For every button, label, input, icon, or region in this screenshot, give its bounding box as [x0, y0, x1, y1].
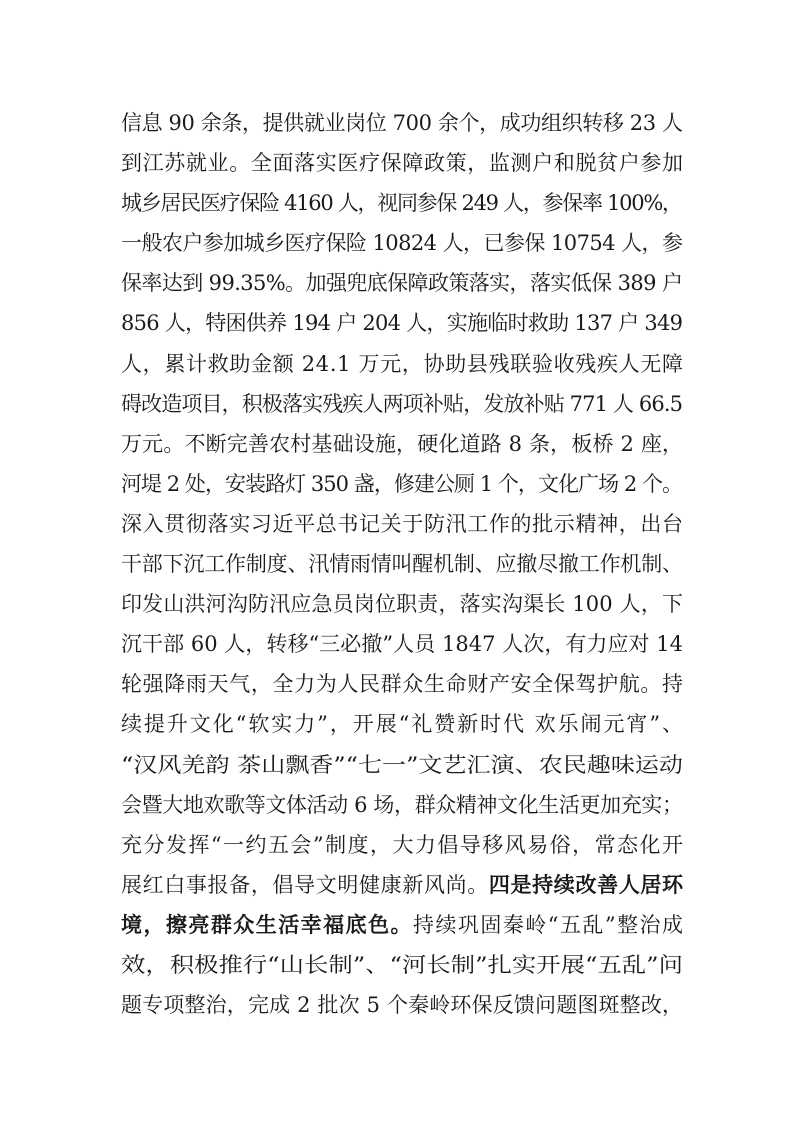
text-segment: 信息 90 余条，提供就业岗位 700 余个，成功组织转移 23 人	[121, 111, 683, 135]
text-line: 到江苏就业。全面落实医疗保障政策，监测户和脱贫户参加	[121, 143, 683, 183]
text-segment: 轮强降雨天气，全力为人民群众生命财产安全保驾护航。持	[121, 672, 684, 696]
text-line: 续提升文化“软实力”，开展“礼赞新时代 欢乐闹元宵”、	[121, 704, 683, 744]
text-line: 河堤 2 处，安装路灯 350 盏，修建公厕 1 个，文化广场 2 个。	[121, 464, 683, 504]
text-line: 展红白事报备，倡导文明健康新风尚。四是持续改善人居环	[121, 865, 683, 905]
text-segment: 印发山洪河沟防汛应急员岗位职责，落实沟渠长 100 人，下	[121, 592, 683, 616]
text-segment: 河堤 2 处，安装路灯 350 盏，修建公厕 1 个，文化广场 2 个。	[121, 472, 682, 496]
text-line: 信息 90 余条，提供就业岗位 700 余个，成功组织转移 23 人	[121, 103, 683, 143]
text-line: 人，累计救助金额 24.1 万元，协助县残联验收残疾人无障	[121, 344, 683, 384]
text-segment: 保率达到 99.35%。加强兜底保障政策落实，落实低保 389 户	[121, 271, 682, 295]
text-segment: 展红白事报备，倡导文明健康新风尚。	[121, 873, 489, 897]
text-segment: 持续巩固秦岭“五乱”整治成	[413, 913, 684, 937]
text-segment: “汉风羌韵 茶山飘香”“七一”文艺汇演、农民趣味运动	[121, 753, 683, 777]
text-line: “汉风羌韵 茶山飘香”“七一”文艺汇演、农民趣味运动	[121, 745, 683, 785]
text-segment: 城乡居民医疗保险 4160 人，视同参保 249 人，参保率 100%，	[121, 191, 682, 215]
text-segment: 效，积极推行“山长制”、“河长制”扎实开展“五乱”问	[121, 953, 683, 977]
text-segment: 深入贯彻落实习近平总书记关于防汛工作的批示精神，出台	[121, 512, 684, 536]
text-segment: 到江苏就业。全面落实医疗保障政策，监测户和脱贫户参加	[121, 151, 684, 175]
text-line: 城乡居民医疗保险 4160 人，视同参保 249 人，参保率 100%，	[121, 183, 683, 223]
text-line: 856 人，特困供养 194 户 204 人，实施临时救助 137 户 349	[121, 303, 683, 343]
text-line: 境，擦亮群众生活幸福底色。持续巩固秦岭“五乱”整治成	[121, 905, 683, 945]
text-line: 深入贯彻落实习近平总书记关于防汛工作的批示精神，出台	[121, 504, 683, 544]
text-line: 一般农户参加城乡医疗保险 10824 人，已参保 10754 人，参	[121, 223, 683, 263]
text-line: 碍改造项目，积极落实残疾人两项补贴，发放补贴 771 人 66.5	[121, 384, 683, 424]
text-line: 效，积极推行“山长制”、“河长制”扎实开展“五乱”问	[121, 945, 683, 985]
text-segment: 会暨大地欢歌等文体活动 6 场，群众精神文化生活更加充实；	[121, 793, 683, 817]
text-segment: 一般农户参加城乡医疗保险 10824 人，已参保 10754 人，参	[121, 231, 682, 255]
text-segment: 人，累计救助金额 24.1 万元，协助县残联验收残疾人无障	[121, 352, 684, 376]
text-segment: 万元。不断完善农村基础设施，硬化道路 8 条，板桥 2 座，	[121, 432, 683, 456]
text-line: 万元。不断完善农村基础设施，硬化道路 8 条，板桥 2 座，	[121, 424, 683, 464]
text-line: 会暨大地欢歌等文体活动 6 场，群众精神文化生活更加充实；	[121, 785, 683, 825]
text-segment: 沉干部 60 人，转移“三必撤”人员 1847 人次，有力应对 14	[121, 632, 683, 656]
text-line: 充分发挥“一约五会”制度，大力倡导移风易俗，常态化开	[121, 825, 683, 865]
section-heading-bold: 四是持续改善人居环	[489, 873, 684, 897]
text-line: 题专项整治，完成 2 批次 5 个秦岭环保反馈问题图斑整改，	[121, 985, 683, 1025]
text-segment: 续提升文化“软实力”，开展“礼赞新时代 欢乐闹元宵”、	[121, 712, 685, 736]
document-page: 信息 90 余条，提供就业岗位 700 余个，成功组织转移 23 人 到江苏就业…	[0, 0, 793, 1122]
text-line: 保率达到 99.35%。加强兜底保障政策落实，落实低保 389 户	[121, 263, 683, 303]
section-heading-bold: 境，擦亮群众生活幸福底色。	[121, 913, 413, 937]
body-paragraph: 信息 90 余条，提供就业岗位 700 余个，成功组织转移 23 人 到江苏就业…	[121, 103, 683, 1025]
text-line: 轮强降雨天气，全力为人民群众生命财产安全保驾护航。持	[121, 664, 683, 704]
text-line: 沉干部 60 人，转移“三必撤”人员 1847 人次，有力应对 14	[121, 624, 683, 664]
text-segment: 干部下沉工作制度、汛情雨情叫醒机制、应撤尽撤工作机制、	[121, 552, 683, 576]
text-segment: 856 人，特困供养 194 户 204 人，实施临时救助 137 户 349	[121, 311, 682, 335]
text-line: 干部下沉工作制度、汛情雨情叫醒机制、应撤尽撤工作机制、	[121, 544, 683, 584]
text-segment: 题专项整治，完成 2 批次 5 个秦岭环保反馈问题图斑整改，	[121, 993, 683, 1017]
text-line: 印发山洪河沟防汛应急员岗位职责，落实沟渠长 100 人，下	[121, 584, 683, 624]
text-segment: 碍改造项目，积极落实残疾人两项补贴，发放补贴 771 人 66.5	[121, 392, 682, 416]
text-segment: 充分发挥“一约五会”制度，大力倡导移风易俗，常态化开	[121, 833, 684, 857]
